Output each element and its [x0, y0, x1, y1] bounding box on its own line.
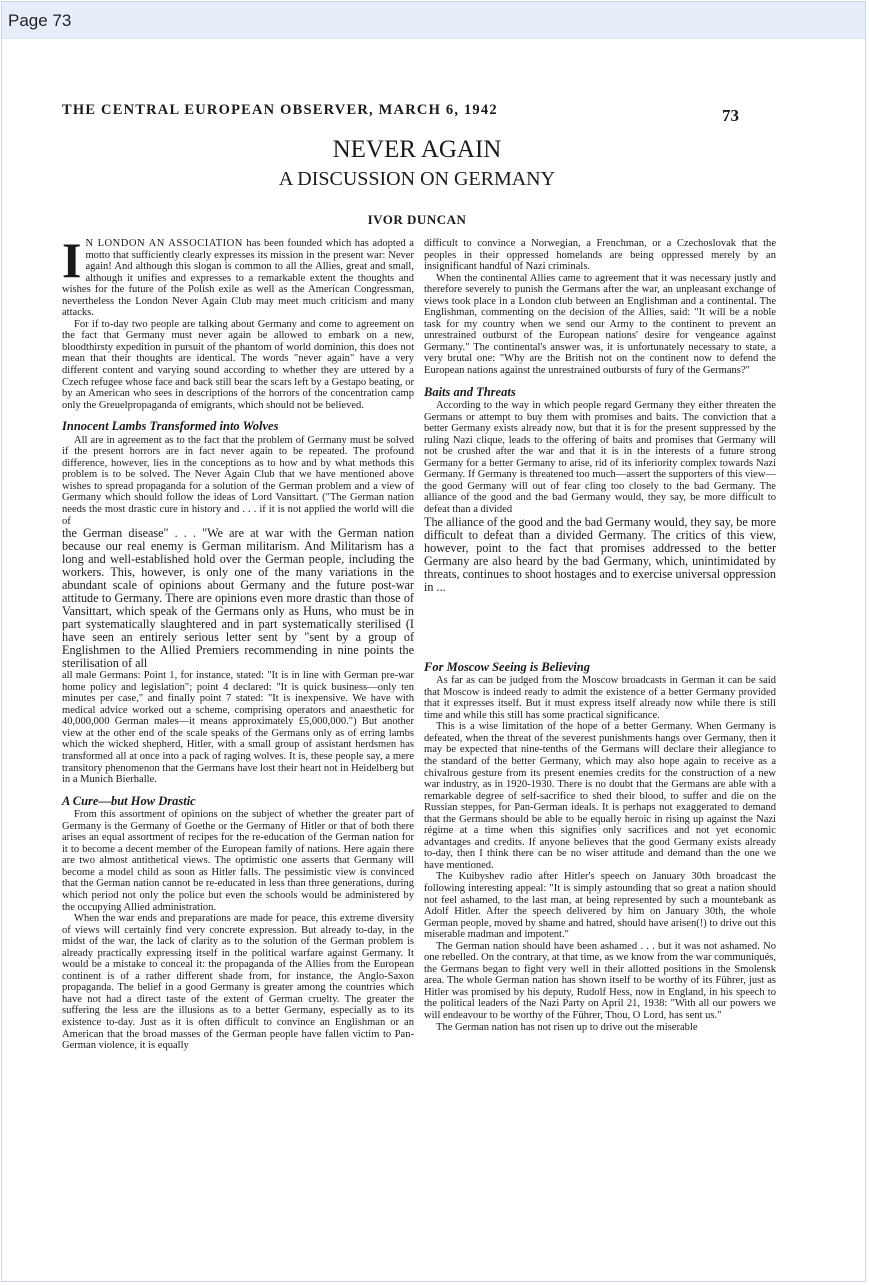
paragraph-inserted-text: the German disease" . . . "We are at war… [62, 527, 414, 670]
section-heading: A Cure—but How Drastic [62, 796, 414, 808]
paragraph: According to the way in which people reg… [424, 400, 776, 515]
paragraph: From this assortment of opinions on the … [62, 809, 414, 913]
page-label: Page 73 [8, 11, 71, 31]
paragraph: The Kuibyshev radio after Hitler's speec… [424, 871, 776, 940]
paragraph: When the continental Allies came to agre… [424, 273, 776, 377]
paragraph-inserted-text: The alliance of the good and the bad Ger… [424, 516, 776, 594]
left-column: IN LONDON AN ASSOCIATION has been founde… [62, 238, 414, 1052]
paragraph: For if to-day two people are talking abo… [62, 319, 414, 411]
paragraph: The German nation should have been asham… [424, 941, 776, 1022]
right-column: difficult to convince a Norwegian, a Fre… [424, 238, 776, 1033]
section-heading: Innocent Lambs Transformed into Wolves [62, 421, 414, 433]
author-byline: IVOR DUNCAN [2, 212, 865, 228]
section-heading: Baits and Threats [424, 387, 776, 399]
page-number: 73 [722, 106, 739, 126]
section-heading: For Moscow Seeing is Believing [424, 662, 776, 674]
blank-gap [424, 594, 776, 652]
paragraph: This is a wise limitation of the hope of… [424, 721, 776, 871]
paragraph: difficult to convince a Norwegian, a Fre… [424, 238, 776, 273]
page-viewer: Page 73 THE CENTRAL EUROPEAN OBSERVER, M… [1, 1, 866, 1282]
running-head: THE CENTRAL EUROPEAN OBSERVER, MARCH 6, … [62, 102, 498, 119]
article-subtitle: A DISCUSSION ON GERMANY [2, 168, 865, 191]
paragraph: As far as can be judged from the Moscow … [424, 675, 776, 721]
page-header-bar: Page 73 [2, 2, 865, 39]
paragraph: All are in agreement as to the fact that… [62, 435, 414, 527]
article-title: NEVER AGAIN [2, 136, 865, 164]
paragraph: The German nation has not risen up to dr… [424, 1022, 776, 1034]
paragraph: all male Germans: Point 1, for instance,… [62, 670, 414, 785]
drop-cap: I [62, 240, 81, 280]
paragraph: IN LONDON AN ASSOCIATION has been founde… [62, 238, 414, 319]
paragraph: When the war ends and preparations are m… [62, 913, 414, 1052]
